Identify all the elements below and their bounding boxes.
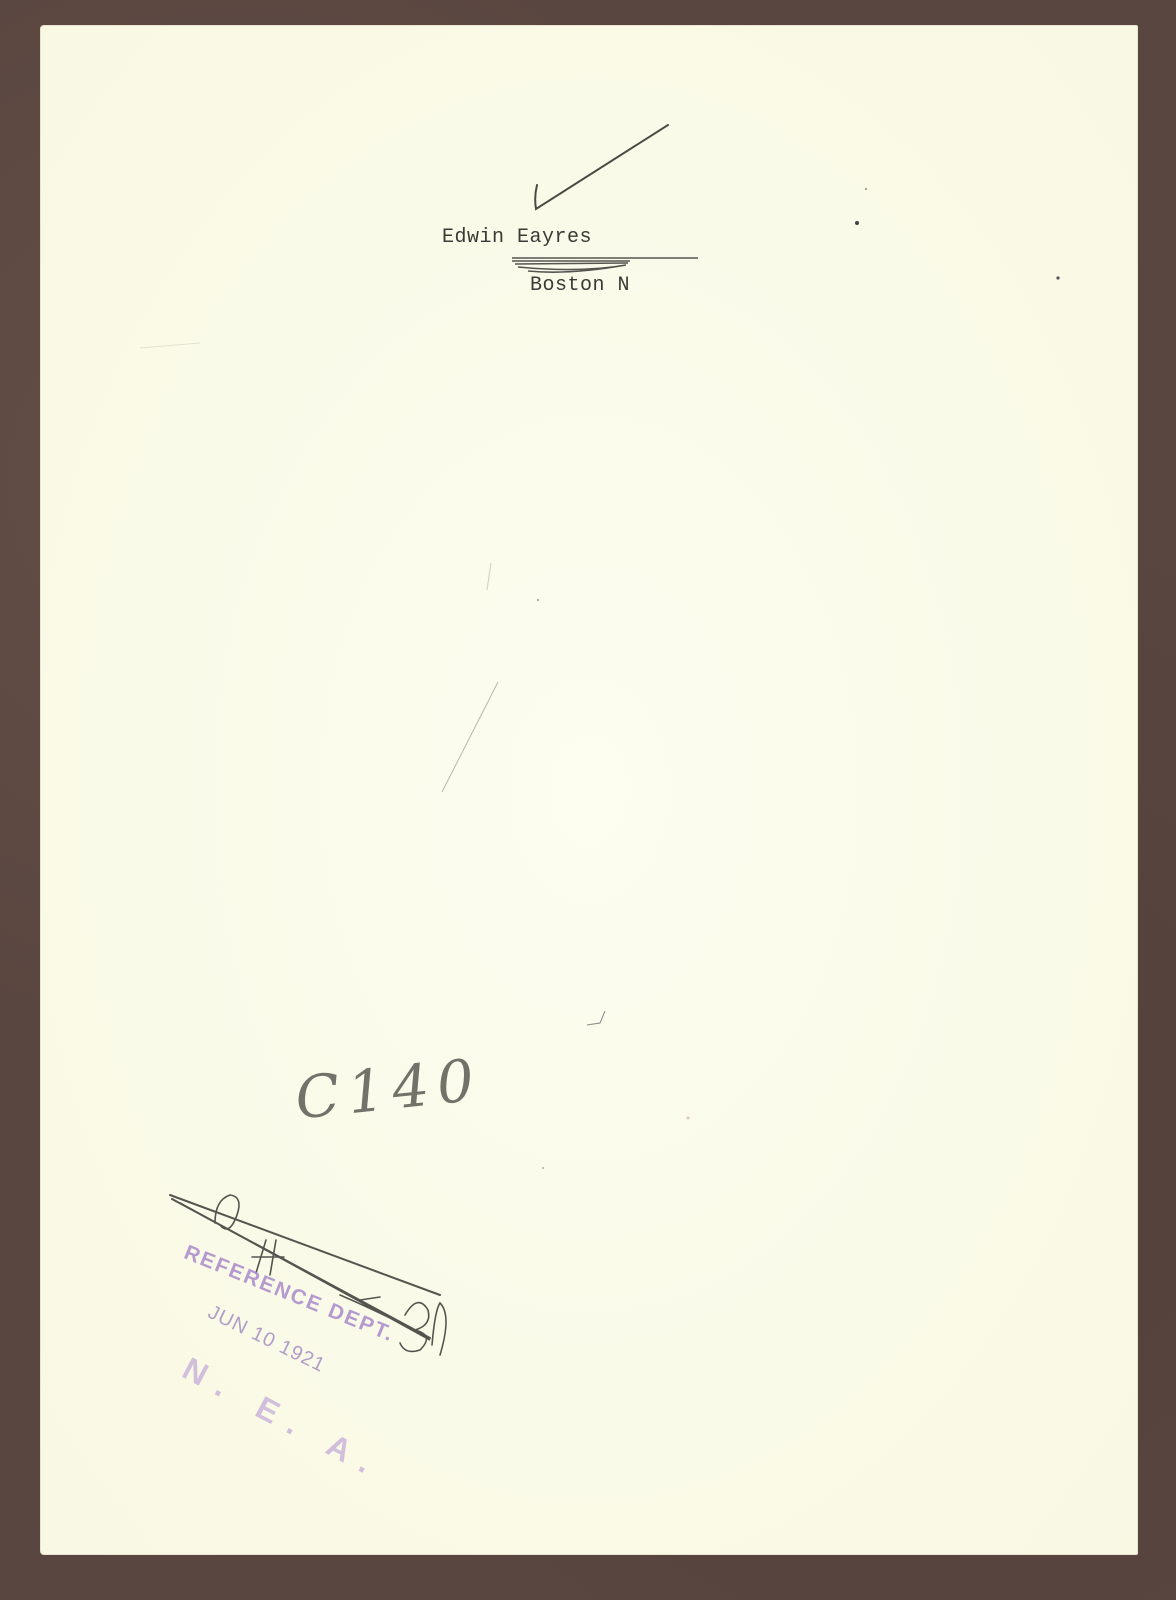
reference-dept-stamp: REFERENCE DEPT. JUN 10 1921 N. E. A. <box>175 1200 475 1460</box>
team-label: Boston N <box>530 274 630 297</box>
stamp-department: REFERENCE DEPT. <box>181 1241 398 1347</box>
photo-back-paper: Edwin Eayres Boston N C140 REFERENCE DEP… <box>40 25 1138 1555</box>
player-name: Edwin Eayres <box>442 226 592 249</box>
underline-scribble <box>512 258 698 272</box>
checkmark-icon <box>535 125 668 209</box>
catalog-code: C140 <box>292 1045 485 1132</box>
stamp-organization: N. E. A. <box>176 1350 390 1487</box>
stamp-date: JUN 10 1921 <box>204 1301 329 1378</box>
pencil-marks <box>40 25 1138 1555</box>
crossed-out-number <box>170 1195 446 1355</box>
